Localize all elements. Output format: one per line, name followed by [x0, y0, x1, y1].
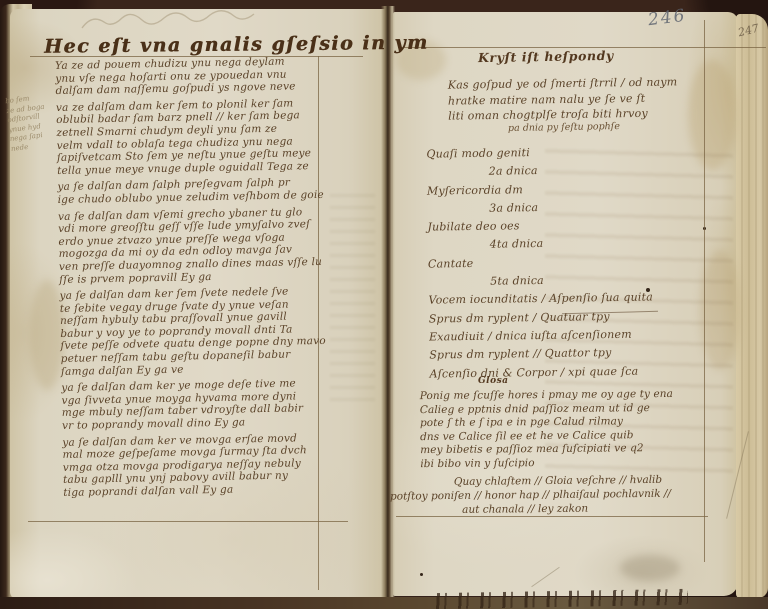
left-page-text-block: Ya ze ad pouem chudizu ynu nega deylamyn… [55, 54, 363, 503]
confession-paragraph: ya ſe dalſan dam ſalph preſegvam ſalph p… [57, 176, 357, 207]
book-gutter [381, 6, 395, 604]
ruled-line-right-margin [704, 20, 705, 562]
sunday-entry: 5ta dnica [490, 271, 653, 292]
confession-paragraph: va ze dalſam dam ker ſem to plonil ker ſ… [56, 96, 357, 177]
ruled-line-left-bottom [28, 521, 348, 522]
glosa-heading: Glosa [478, 376, 509, 386]
manuscript-line: potſtoy poniſen // honor hap // plhaiſau… [390, 487, 671, 504]
manuscript-line: mey bibetis e paſſioz mea ſuſcipiati ve … [420, 442, 673, 458]
manuscript-photo: 246 247 Hec eſt vna gnalis gſeſsio in ym… [0, 0, 768, 609]
sunday-entry: 4ta dnica [490, 234, 653, 255]
closing-text-block: Quay chlaſtem // Gloia veſchre // hvalib… [420, 473, 671, 518]
right-page-heading: Kryſt iſt heſpondy [478, 48, 614, 65]
manuscript-line: Calieg e pptnis dnid paſſioz meam ut id … [420, 401, 673, 417]
confession-paragraph: va ſe dalſan dam vſemi grecho ybaner tu … [58, 205, 359, 286]
right-page-intro-centered: pa dnia py ſeſtu pophſe [508, 121, 620, 134]
glosa-text-block: Ponig me ſcuſſe hores i pmay me oy age t… [420, 388, 674, 471]
ink-spot [420, 573, 423, 576]
confession-paragraph: ya ſe dalſan dam ker ve movga erſae movd… [62, 431, 363, 500]
margin-gloss: bo ſemze ad bogaodſtorvillynue hydnega ſ… [5, 91, 64, 154]
parchment-stain [620, 555, 680, 581]
manuscript-line: aut chanala // ley zakon [462, 501, 671, 517]
sunday-entry: 2a dnica [489, 161, 652, 182]
sunday-entry: Aſcenſio dni & Corpor / xpi quae ſca [429, 362, 654, 383]
sunday-entry: Exaudiuit / dnica iuſta aſcenſionem [429, 325, 654, 346]
right-page-intro: Kas goſpud ye od ſmerti ſtrril / od naym… [448, 74, 678, 124]
manuscript-line: ibi bibo vin y ſuſcipio [420, 455, 673, 471]
confession-paragraph: ya ſe dalſan dam ker ſem ſvete nedele ſv… [59, 284, 361, 378]
sundays-list: Quaſi modo geniti2a dnicaMyſericordia dm… [426, 142, 654, 383]
sunday-entry: 3a dnica [489, 197, 652, 218]
confession-paragraph: ya ſe dalſan dam ker ye moge deſe tive m… [61, 376, 362, 432]
confession-paragraph: Ya ze ad pouem chudizu ynu nega deylamyn… [55, 54, 356, 98]
sunday-entry: Vocem iocunditatis / Aſpenſio ſua quita [428, 289, 653, 310]
faint-scribble [78, 6, 268, 36]
next-leaf-edge [736, 14, 768, 598]
